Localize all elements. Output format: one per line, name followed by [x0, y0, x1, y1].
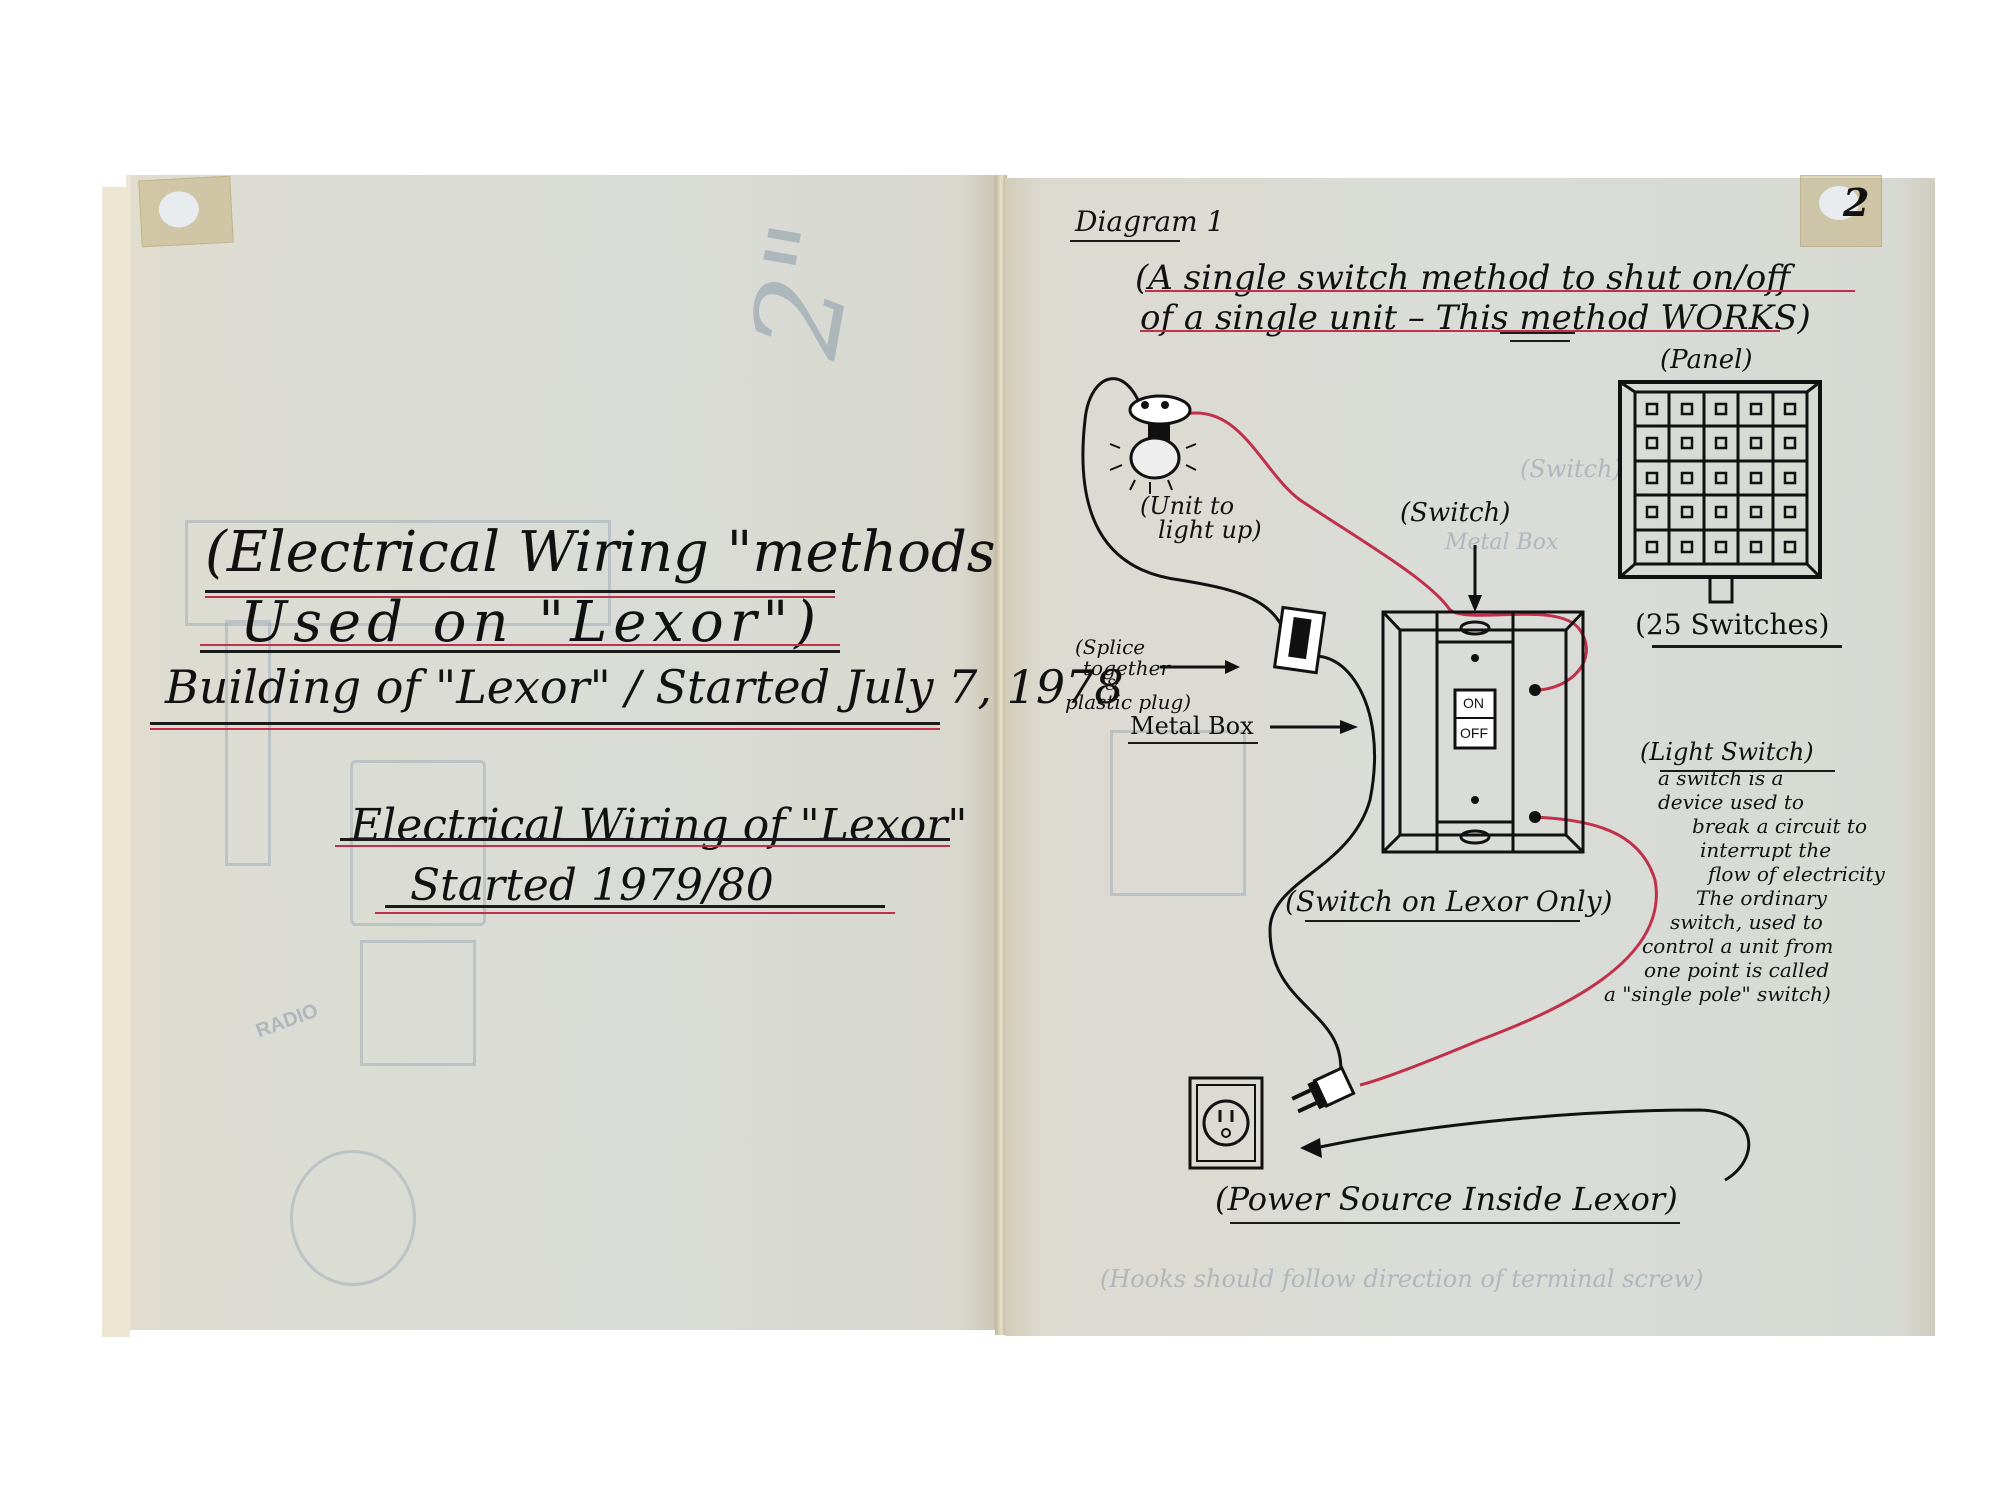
note-line-1: a switch is a [1658, 766, 1958, 790]
wall-outlet [1190, 1078, 1262, 1168]
terminal-bottom [1529, 811, 1541, 823]
note-line-10: a "single pole" switch) [1604, 982, 1904, 1006]
red-wire-bottom [1360, 817, 1656, 1085]
switch-panel [1620, 382, 1820, 602]
note-line-3: break a circuit to [1692, 814, 1992, 838]
metal-box-label: Metal Box [1130, 712, 1254, 740]
metal-box-underline [1128, 742, 1258, 744]
switch-on-label: ON [1463, 695, 1484, 711]
switch-caption-underline [1305, 920, 1580, 922]
light-switch-heading: (Light Switch) [1640, 738, 1940, 766]
splice-plug [1275, 607, 1325, 672]
power-source-underline [1230, 1222, 1680, 1224]
splice-label-4: plastic plug) [1065, 690, 1191, 714]
note-line-4: interrupt the [1700, 838, 2000, 862]
panel-caption: (25 Switches) [1635, 608, 1829, 641]
switch-label: (Switch) [1400, 498, 1510, 528]
note-line-7: switch, used to [1670, 910, 1970, 934]
note-line-2: device used to [1658, 790, 1958, 814]
light-switch-note: (Light Switch) a switch is a device used… [1640, 738, 1940, 1006]
light-bulb [1131, 438, 1179, 478]
panel-label: (Panel) [1660, 345, 1753, 375]
note-line-9: one point is called [1644, 958, 1944, 982]
switch-off-label: OFF [1460, 725, 1488, 741]
splice-label-2: together [1083, 656, 1170, 680]
black-wire-2 [1270, 656, 1375, 1080]
terminal-top [1529, 684, 1541, 696]
power-source-caption: (Power Source Inside Lexor) [1215, 1180, 1678, 1218]
power-plug [1289, 1068, 1353, 1118]
light-fixture-base [1130, 396, 1190, 424]
note-line-8: control a unit from [1642, 934, 1942, 958]
switch-caption: (Switch on Lexor Only) [1285, 885, 1612, 918]
power-arrow [1320, 1110, 1749, 1180]
note-line-6: The ordinary [1696, 886, 1996, 910]
unit-label-line-2: light up) [1158, 516, 1262, 544]
panel-caption-underline [1652, 645, 1842, 648]
note-line-5: flow of electricity [1708, 862, 2000, 886]
